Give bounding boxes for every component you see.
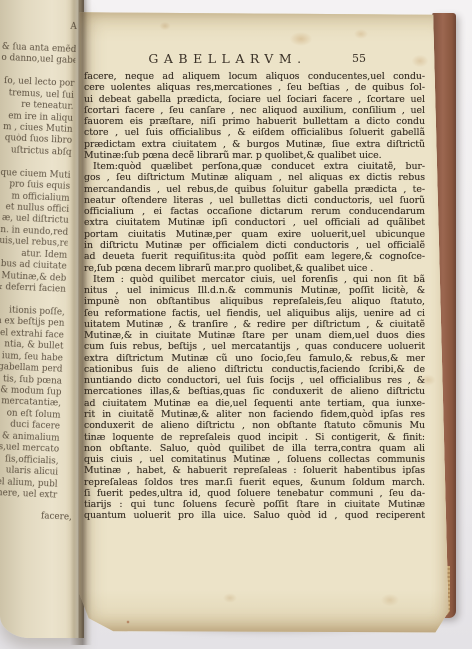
text-line: conduxerit de alieno diſtrictu , non obſ… [84,420,425,431]
text-line: portam ciuitatis Mutinæ,per quam exire u… [84,229,425,240]
text-line: mercationes illas,& beſtias,quas ſic con… [84,386,425,397]
text-line: ad deueta fuerit requiſitus:ita quòd poſ… [84,251,425,262]
text-line: Mutinæ:ſub pœna decẽ librarũ mar. p quol… [84,150,425,161]
text-line: facere, neque ad aliquem locum aliquos c… [84,71,425,82]
text-line: extra ciuitatem Mutinæ ipſi conductori ,… [84,217,425,228]
text-line: repreſaleas ſoldos tres mar.ſi fuerit eq… [84,477,425,488]
text-line: Item : quòd quilibet mercator ciuis, uel… [84,274,425,285]
text-line: ui debeat gabella prædicta, ſociare uel … [84,94,425,105]
text-line: ſeu reformatione factis, uel fiendis, ue… [84,308,425,319]
text-line: uitatem Mutinæ , & tranſire , & redire p… [84,319,425,330]
text-line: Mutinæ , habet, & habuerit repreſaleas :… [84,465,425,476]
text-line: re,ſub pœna decem librarũ mar.pro quolib… [84,263,425,274]
text-line: mercandandis , uel rebus,de quibus ſolui… [84,184,425,195]
text-line: nuntiando dicto conductori, uel ſuis ſoc… [84,375,425,386]
text-line: fauorem eis præſtare, niſi primo habueri… [84,116,425,127]
text-line: quis ciuis , uel comitatinus Mutinæ , ſo… [84,454,425,465]
text-line: gos , ſeu diſtrictum Mutinæ aliquam , ne… [84,172,425,183]
page-title: GABELLARVM. [84,51,425,66]
text-line: prædictam extra ciuitatem , & burgos Mut… [84,139,425,150]
left-page-text-fragment: rahere, uel extr [0,487,57,502]
text-line: rit in ciuitatẽ Mutinæ,& aliter non faci… [84,409,425,420]
left-page-edge: A& ſua anta emẽdao danno,uel gabellſo, u… [0,0,84,638]
left-page-text-fragments: A& ſua anta emẽdao danno,uel gabellſo, u… [0,19,77,502]
page-number: 55 [352,52,366,65]
text-line: cationibus ſuis de alieno diſtrictu cond… [84,364,425,375]
printed-area: GABELLARVM. 55 facere, neque ad aliquem … [84,51,425,522]
text-line: tinæ loquente de repreſaleis quod incipi… [84,432,425,443]
book-page: GABELLARVM. 55 facere, neque ad aliquem … [79,11,451,633]
text-line: officialium , ei factas occaſione dictar… [84,206,425,217]
catchword: facere, [41,511,72,522]
text-line: neatur oſtendere literas , uel bullettas… [84,195,425,206]
text-line: in diſtrictu Mutinæ per officialem dicti… [84,240,425,251]
running-head: GABELLARVM. 55 [84,51,425,71]
book-photo-scene: A& ſua anta emẽdao danno,uel gabellſo, u… [0,0,472,649]
text-block: facere, neque ad aliquem locum aliquos c… [84,71,425,522]
text-line: cum ſuis rebus, beſtijs , uel mercatanti… [84,341,425,352]
text-line: impunè non obſtantibus aliquibus repreſa… [84,296,425,307]
text-line: cere uolentes aliquas res,mercationes , … [84,82,425,93]
text-line: nitus , uel inimicus Ill.d.n.& communis … [84,285,425,296]
text-line: extra diſtrictum Mutinæ cũ uno ſocio,ſeu… [84,353,425,364]
text-line: ad ciuitatem Mutinæ ea die,uel ſequenti … [84,398,425,409]
text-line: ſcortari facere , ſeu canſare , nec aliq… [84,105,425,116]
text-line: Item:quòd quælibet perſona,quæ conducet … [84,161,425,172]
text-line: Mutinæ,& in ciuitate Mutinæ ſtare per un… [84,330,425,341]
text-line: quantum uoluerit pro illa uice. Saluo qu… [84,510,425,521]
text-line: ſi fuerit pedes,ultra id, quod ſoluere t… [84,488,425,499]
text-line: non obſtante. Saluo, quòd quilibet de il… [84,443,425,454]
text-line: ctore , uel ſuis officialibus , & eiſdem… [84,127,425,138]
text-line: tiarijs : qui tunc ſoluens ſecurè poſſit… [84,499,425,510]
